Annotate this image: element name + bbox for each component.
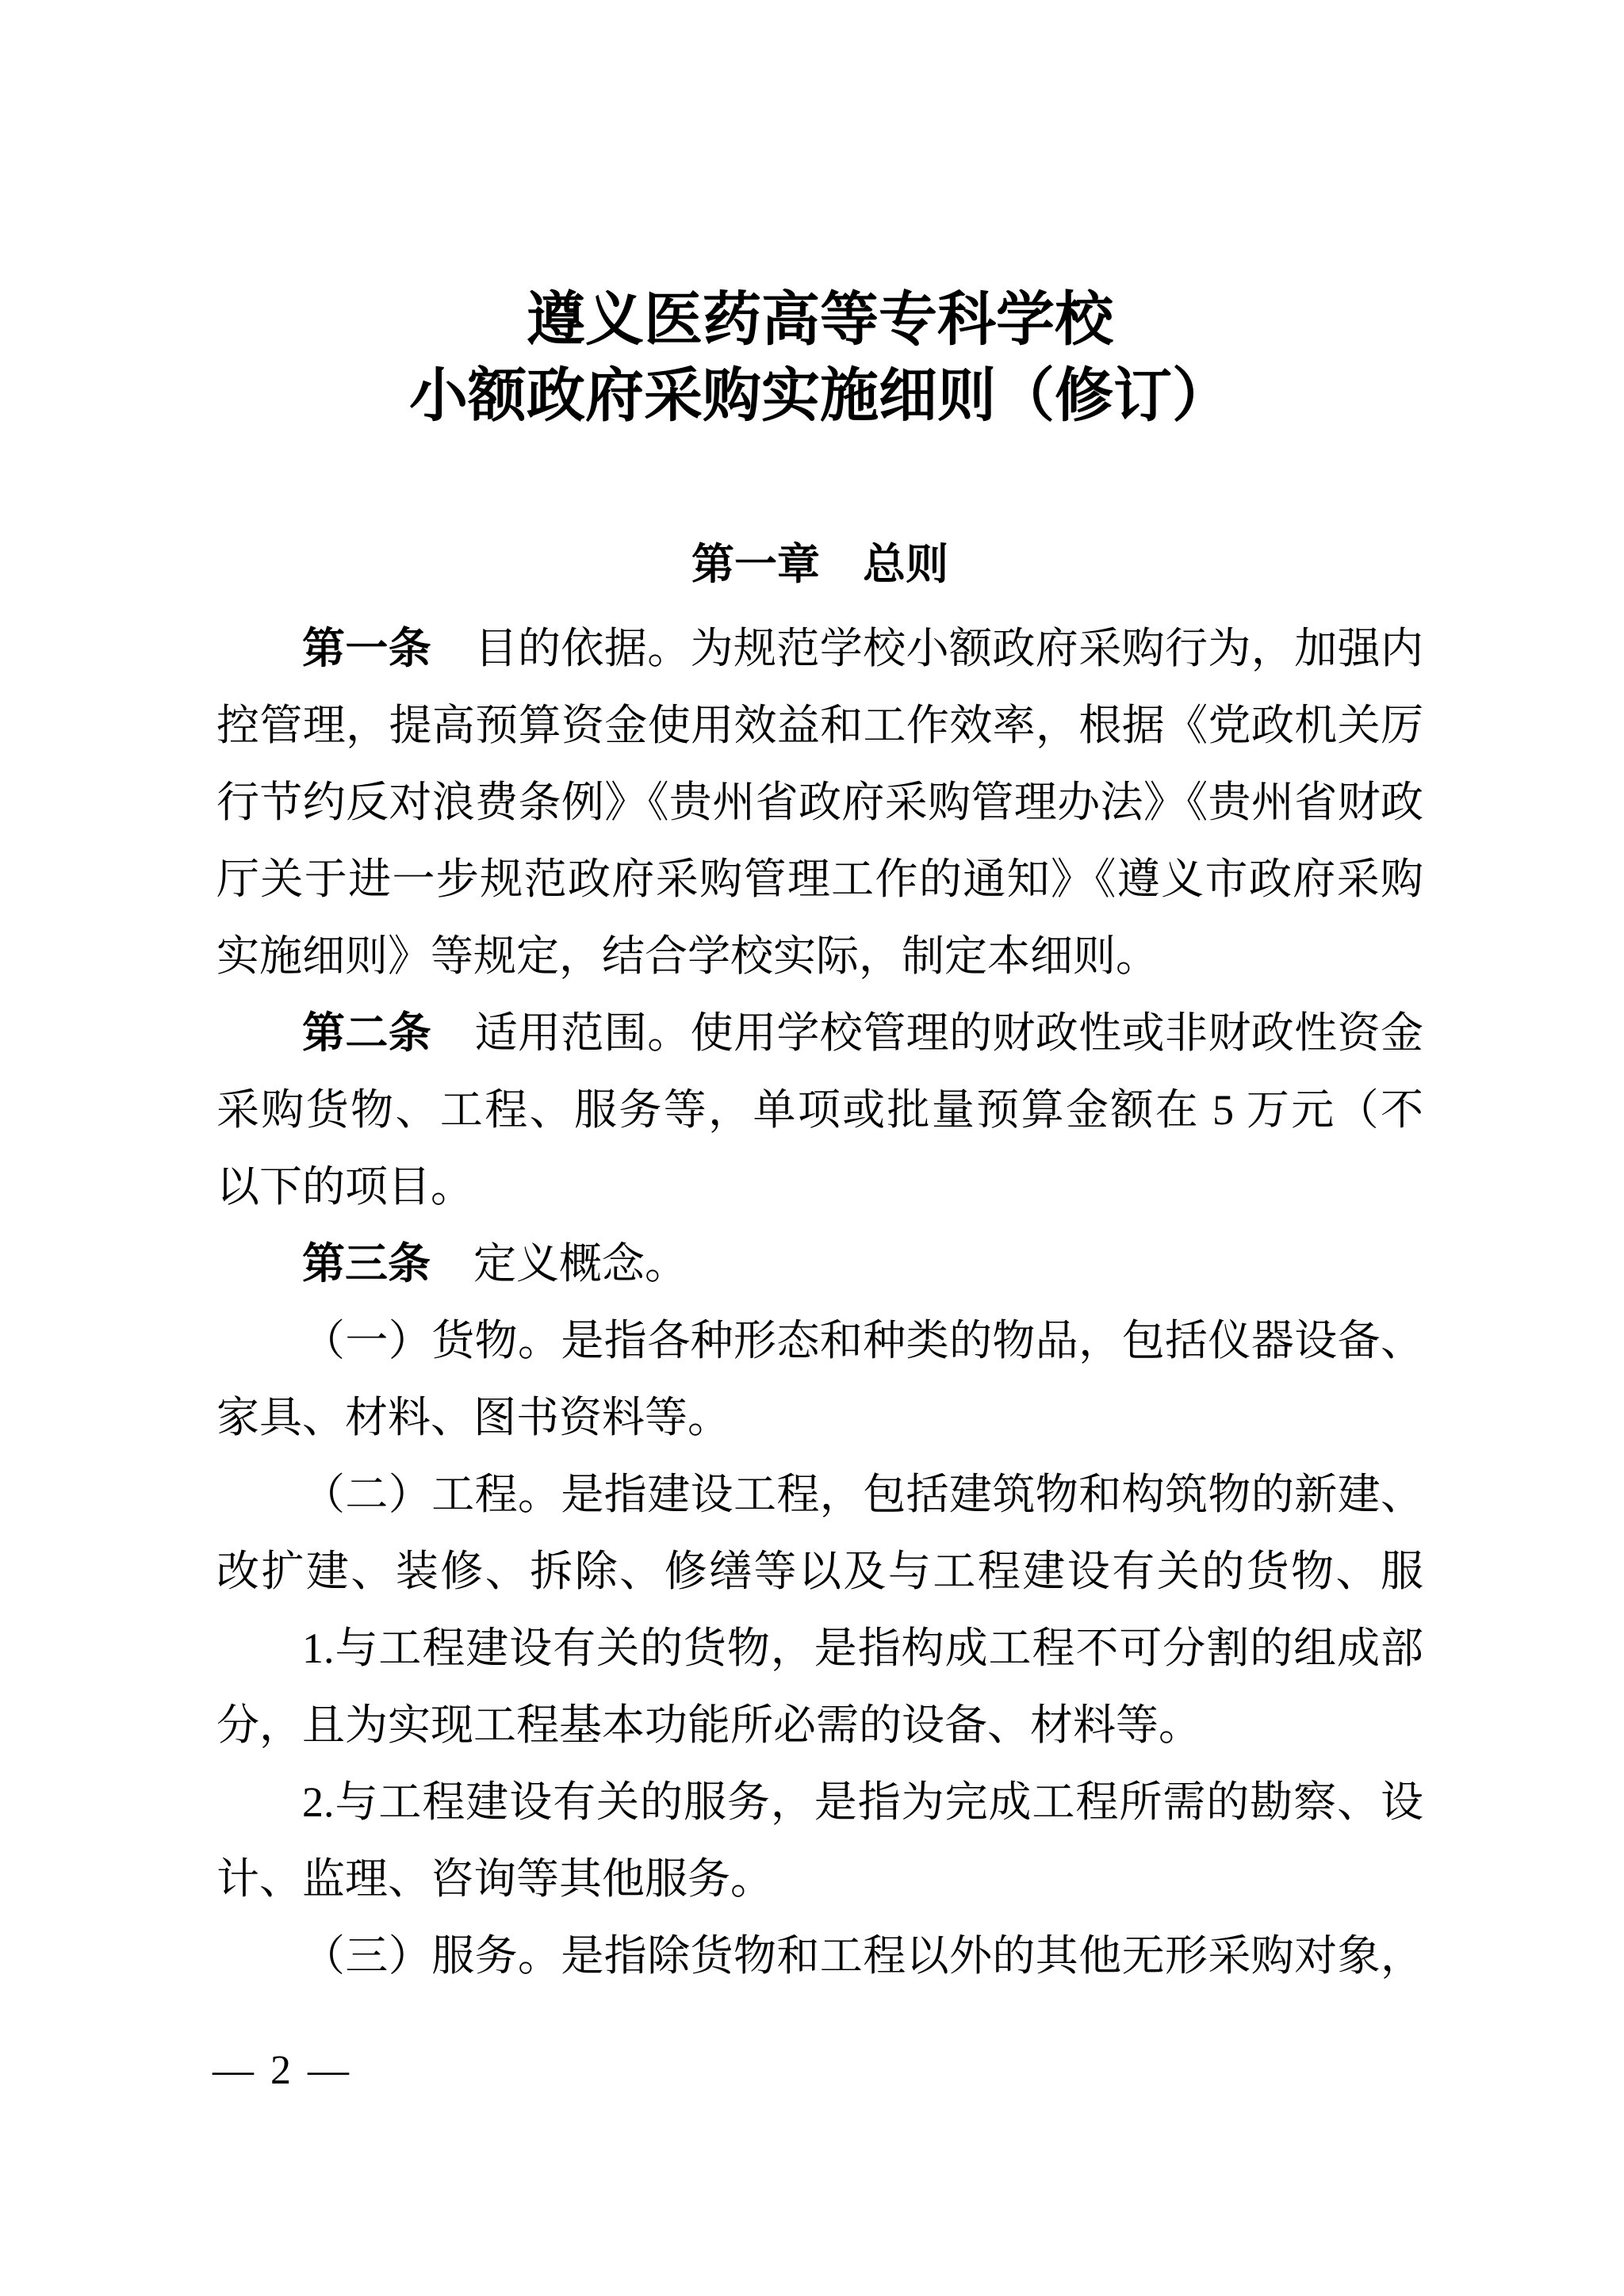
article-number-label: 第一条: [302, 625, 431, 672]
body-text: 家具、材料、图书资料等。: [216, 1394, 730, 1441]
body-line: 行节约反对浪费条例》《贵州省政府采购管理办法》《贵州省财政: [216, 764, 1423, 841]
body-line: （二）工程。是指建设工程，包括建筑物和构筑物的新建、: [216, 1456, 1423, 1533]
document-title: 遵义医药高等专科学校 小额政府采购实施细则（修订）: [216, 0, 1423, 434]
body-line: （三）服务。是指除货物和工程以外的其他无形采购对象，: [216, 1918, 1423, 1995]
body-line: 第二条 适用范围。使用学校管理的财政性或非财政性资金: [216, 995, 1423, 1072]
document-content: 遵义医药高等专科学校 小额政府采购实施细则（修订） 第一章 总则 第一条 目的依…: [0, 0, 1624, 1995]
body-text: 以下的项目。: [216, 1163, 473, 1211]
body-text: 目的依据。为规范学校小额政府采购行为，加强内: [431, 625, 1423, 672]
body-text: 适用范围。使用学校管理的财政性或非财政性资金: [431, 1009, 1423, 1057]
body-text: 控管理，提高预算资金使用效益和工作效率，根据《党政机关厉: [216, 702, 1423, 749]
body-line: 家具、材料、图书资料等。: [216, 1380, 1423, 1456]
article-number-label: 第二条: [302, 1009, 431, 1057]
title-line-1: 遵义医药高等专科学校: [216, 282, 1423, 358]
chapter-heading: 第一章 总则: [216, 536, 1423, 593]
document-body: 第一条 目的依据。为规范学校小额政府采购行为，加强内控管理，提高预算资金使用效益…: [216, 610, 1423, 1995]
body-line: 第一条 目的依据。为规范学校小额政府采购行为，加强内: [216, 610, 1423, 687]
body-text: （二）工程。是指建设工程，包括建筑物和构筑物的新建、: [302, 1471, 1423, 1518]
body-text: 2.与工程建设有关的服务，是指为完成工程所需的勘察、设: [302, 1778, 1423, 1826]
body-text: （一）货物。是指各种形态和种类的物品，包括仪器设备、: [302, 1317, 1423, 1364]
body-text: 实施细则》等规定，结合学校实际，制定本细则。: [216, 932, 1159, 980]
body-line: 改扩建、装修、拆除、修缮等以及与工程建设有关的货物、服务。: [216, 1533, 1423, 1610]
body-text: 行节约反对浪费条例》《贵州省政府采购管理办法》《贵州省财政: [216, 779, 1423, 826]
body-line: 计、监理、咨询等其他服务。: [216, 1841, 1423, 1918]
body-line: 分，且为实现工程基本功能所必需的设备、材料等。: [216, 1687, 1423, 1764]
body-text: 厅关于进一步规范政府采购管理工作的通知》《遵义市政府采购: [216, 855, 1423, 903]
body-text: （三）服务。是指除货物和工程以外的其他无形采购对象，: [302, 1932, 1423, 1980]
page-footer: — 2 —: [213, 2049, 352, 2093]
body-line: （一）货物。是指各种形态和种类的物品，包括仪器设备、: [216, 1303, 1423, 1380]
body-text: 定义概念。: [431, 1240, 688, 1288]
body-line: 第三条 定义概念。: [216, 1226, 1423, 1303]
body-text: 分，且为实现工程基本功能所必需的设备、材料等。: [216, 1701, 1201, 1749]
article-number-label: 第三条: [302, 1240, 431, 1288]
body-line: 2.与工程建设有关的服务，是指为完成工程所需的勘察、设: [216, 1764, 1423, 1841]
body-line: 实施细则》等规定，结合学校实际，制定本细则。: [216, 918, 1423, 995]
body-line: 以下的项目。: [216, 1149, 1423, 1226]
body-line: 控管理，提高预算资金使用效益和工作效率，根据《党政机关厉: [216, 687, 1423, 764]
body-line: 1.与工程建设有关的货物，是指构成工程不可分割的组成部: [216, 1610, 1423, 1687]
body-text: 计、监理、咨询等其他服务。: [216, 1855, 773, 1903]
body-text: 改扩建、装修、拆除、修缮等以及与工程建设有关的货物、服务。: [216, 1548, 1423, 1610]
body-text: 1.与工程建设有关的货物，是指构成工程不可分割的组成部: [302, 1624, 1423, 1672]
title-line-2: 小额政府采购实施细则（修订）: [216, 358, 1423, 434]
body-line: 采购货物、工程、服务等，单项或批量预算金额在 5 万元（不含）: [216, 1072, 1423, 1149]
page-number: — 2 —: [213, 2048, 352, 2093]
body-text: 采购货物、工程、服务等，单项或批量预算金额在 5 万元（不含）: [216, 1086, 1423, 1149]
document-page: 遵义医药高等专科学校 小额政府采购实施细则（修订） 第一章 总则 第一条 目的依…: [0, 0, 1624, 2296]
body-line: 厅关于进一步规范政府采购管理工作的通知》《遵义市政府采购: [216, 841, 1423, 918]
